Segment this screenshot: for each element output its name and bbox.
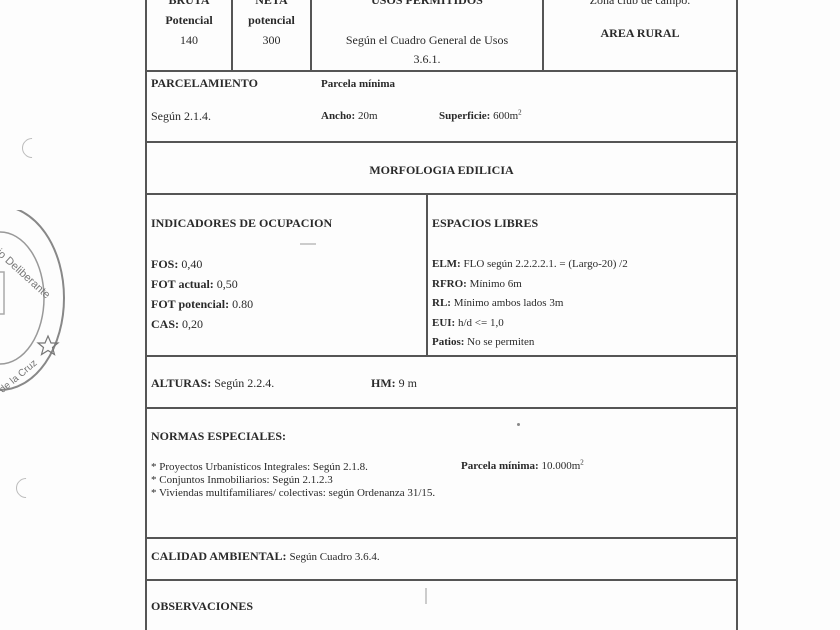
parcela-minima-label: Parcela mínima	[321, 77, 395, 91]
neta-sub: potencial	[233, 13, 310, 27]
list-item: RL: Mínimo ambos lados 3m	[432, 296, 563, 310]
zona-header: Zona club de campo.	[544, 0, 736, 7]
list-item: FOT actual: 0,50	[151, 277, 238, 291]
espacios-libres-title: ESPACIOS LIBRES	[432, 216, 538, 230]
norma-parcela-minima: Parcela mínima: 10.000m2	[461, 460, 584, 472]
alturas-field: ALTURAS: Según 2.2.4.	[151, 376, 274, 390]
zoning-document-page: ejo Deliberante de la Cruz BRUTA Potenci…	[0, 0, 840, 630]
list-item: Patios: No se permiten	[432, 335, 534, 349]
calidad-ambiental-field: CALIDAD AMBIENTAL: Según Cuadro 3.6.4.	[151, 549, 380, 564]
zona-value: AREA RURAL	[544, 26, 736, 40]
parcelamiento-title: PARCELAMIENTO	[151, 76, 258, 90]
list-item: FOT potencial: 0.80	[151, 297, 253, 311]
item-label: EUI:	[432, 317, 458, 329]
star-icon	[38, 336, 58, 355]
bruta-sub: Potencial	[147, 13, 231, 27]
hole-punch-mark	[18, 134, 46, 162]
item-label: Patios:	[432, 336, 467, 348]
item-label: FOS:	[151, 257, 181, 271]
item-value: 0,20	[182, 317, 203, 331]
list-item: EUI: h/d <= 1,0	[432, 316, 504, 330]
item-value: h/d <= 1,0	[458, 317, 504, 329]
item-value: 0,50	[217, 277, 238, 291]
item-value: 0.80	[232, 297, 253, 311]
list-item: CAS: 0,20	[151, 317, 203, 331]
bruta-value: 140	[147, 33, 231, 47]
usos-header: USOS PERMITIDOS	[312, 0, 542, 7]
usos-value-line1: Según el Cuadro General de Usos	[312, 33, 542, 47]
neta-header: NETA	[233, 0, 310, 7]
item-label: FOT potencial:	[151, 297, 232, 311]
list-item: RFRO: Mínimo 6m	[432, 277, 522, 291]
ancho-field: Ancho: 20m	[321, 109, 378, 123]
scan-artifact	[300, 243, 316, 245]
item-value: No se permiten	[467, 336, 534, 348]
item-value: 0,40	[181, 257, 202, 271]
morfologia-title: MORFOLOGIA EDILICIA	[147, 163, 736, 177]
superficie-field: Superficie: 600m2	[439, 109, 522, 123]
list-item: ELM: FLO según 2.2.2.2.1. = (Largo-20) /…	[432, 257, 628, 271]
item-label: RL:	[432, 297, 454, 309]
parcelamiento-ref: Según 2.1.4.	[151, 109, 211, 123]
observaciones-title: OBSERVACIONES	[151, 599, 253, 613]
usos-value-line2: 3.6.1.	[312, 52, 542, 66]
item-label: CAS:	[151, 317, 182, 331]
scan-artifact	[517, 423, 520, 426]
item-value: Mínimo ambos lados 3m	[454, 297, 564, 309]
item-label: RFRO:	[432, 278, 470, 290]
list-item: FOS: 0,40	[151, 257, 202, 271]
item-label: FOT actual:	[151, 277, 217, 291]
official-seal-stamp: ejo Deliberante de la Cruz	[0, 210, 66, 400]
indicadores-title: INDICADORES DE OCUPACION	[151, 216, 332, 230]
item-value: Mínimo 6m	[470, 278, 522, 290]
norma-item: * Viviendas multifamiliares/ colectivas:…	[151, 487, 435, 499]
bruta-header: BRUTA	[147, 0, 231, 7]
neta-value: 300	[233, 33, 310, 47]
scan-artifact	[425, 588, 427, 604]
hm-field: HM: 9 m	[371, 376, 417, 390]
norma-item: * Conjuntos Inmobiliarios: Según 2.1.2.3	[151, 474, 333, 486]
norma-item: * Proyectos Urbanísticos Integrales: Seg…	[151, 461, 368, 473]
hole-punch-mark	[12, 474, 40, 502]
normas-title: NORMAS ESPECIALES:	[151, 429, 286, 443]
item-value: FLO según 2.2.2.2.1. = (Largo-20) /2	[463, 258, 627, 270]
item-label: ELM:	[432, 258, 463, 270]
